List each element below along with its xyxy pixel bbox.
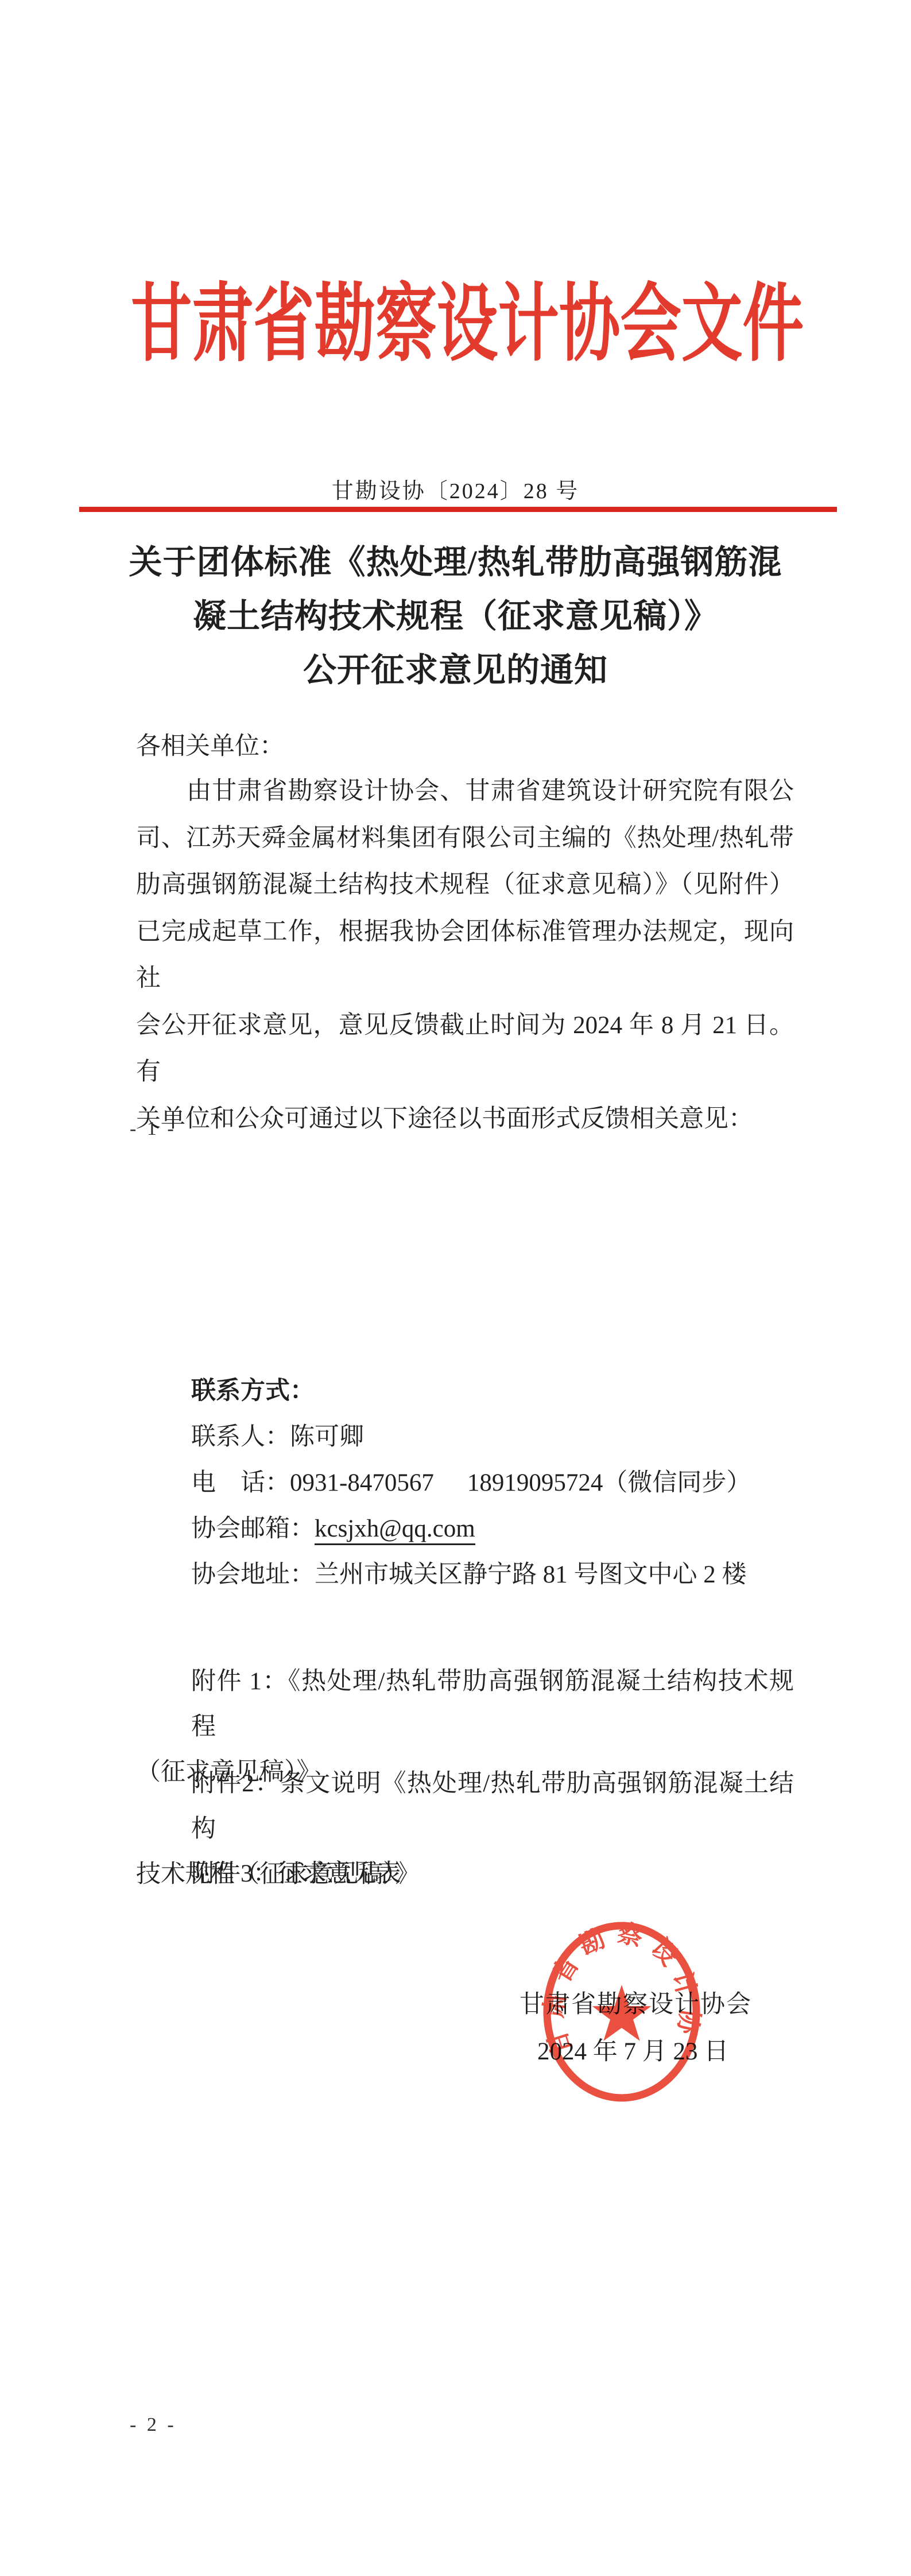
- attachment-2-line-1: 附件2：条文说明《热处理/热轧带肋高强钢筋混凝土结构: [136, 1761, 794, 1852]
- contact-person-row: 联系人：陈可卿: [136, 1414, 794, 1460]
- contact-block: 联系方式： 联系人：陈可卿 电 话：0931-84705671891909572…: [136, 1368, 794, 1598]
- contact-phone-row: 电 话：0931-847056718919095724（微信同步）: [136, 1460, 794, 1506]
- contact-address-row: 协会地址：兰州市城关区静宁路 81 号图文中心 2 楼: [136, 1552, 794, 1598]
- body-line-4: 已完成起草工作，根据我协会团体标准管理办法规定，现向社: [136, 909, 794, 1002]
- phone-number-2: 18919095724（微信同步）: [467, 1469, 751, 1496]
- page-number-1: - 1 -: [130, 1118, 177, 1140]
- contact-email-row: 协会邮箱：kcsjxh@qq.com: [136, 1506, 794, 1552]
- body-line-6: 关单位和公众可通过以下途径以书面形式反馈相关意见：: [136, 1096, 794, 1143]
- attachment-1-line-1: 附件 1：《热处理/热轧带肋高强钢筋混凝土结构技术规程: [136, 1659, 794, 1749]
- letterhead-text: 甘肃省勘察设计协会文件: [131, 282, 804, 367]
- body-line-3: 肋高强钢筋混凝土结构技术规程（征求意见稿）》（见附件）: [136, 862, 794, 909]
- official-seal: 甘肃省勘察设计协会: [540, 1918, 704, 2105]
- phone-number-1: 0931-8470567: [290, 1469, 434, 1496]
- body-line-1: 由甘肃省勘察设计协会、甘肃省建筑设计研究院有限公: [136, 768, 794, 815]
- body-line-2: 司、江苏天舜金属材料集团有限公司主编的《热处理/热轧带: [136, 815, 794, 862]
- red-letterhead-title: 甘肃省勘察设计协会文件: [0, 282, 911, 367]
- contact-heading: 联系方式：: [136, 1368, 794, 1414]
- salutation: 各相关单位：: [136, 727, 284, 762]
- phone-label: 电 话：: [191, 1469, 290, 1496]
- notice-title-line-2: 凝土结构技术规程（征求意见稿）》: [69, 589, 842, 643]
- notice-title-line-3: 公开征求意见的通知: [69, 643, 842, 697]
- contact-person-value: 陈可卿: [290, 1423, 364, 1450]
- attachment-3: 附件3：征求意见表: [136, 1851, 794, 1896]
- body-line-5: 会公开征求意见，意见反馈截止时间为 2024 年 8 月 21 日。有: [136, 1002, 794, 1096]
- contact-person-label: 联系人：: [191, 1423, 290, 1450]
- address-label: 协会地址：: [191, 1561, 315, 1588]
- attachment-3-line: 附件3：征求意见表: [136, 1851, 794, 1896]
- document-number: 甘勘设协〔2024〕28 号: [0, 473, 911, 505]
- email-label: 协会邮箱：: [191, 1515, 315, 1542]
- page-number-2: - 2 -: [130, 2414, 177, 2436]
- email-value: kcsjxh@qq.com: [315, 1515, 475, 1545]
- notice-title: 关于团体标准《热处理/热轧带肋高强钢筋混 凝土结构技术规程（征求意见稿）》 公开…: [69, 536, 842, 697]
- red-divider-line: [79, 507, 837, 512]
- seal-star-icon: [592, 1985, 652, 2041]
- address-value: 兰州市城关区静宁路 81 号图文中心 2 楼: [315, 1561, 747, 1588]
- notice-title-line-1: 关于团体标准《热处理/热轧带肋高强钢筋混: [69, 536, 842, 589]
- document-scan: 甘肃省勘察设计协会文件 甘勘设协〔2024〕28 号 关于团体标准《热处理/热轧…: [0, 0, 911, 2576]
- body-paragraph: 由甘肃省勘察设计协会、甘肃省建筑设计研究院有限公 司、江苏天舜金属材料集团有限公…: [136, 768, 794, 1142]
